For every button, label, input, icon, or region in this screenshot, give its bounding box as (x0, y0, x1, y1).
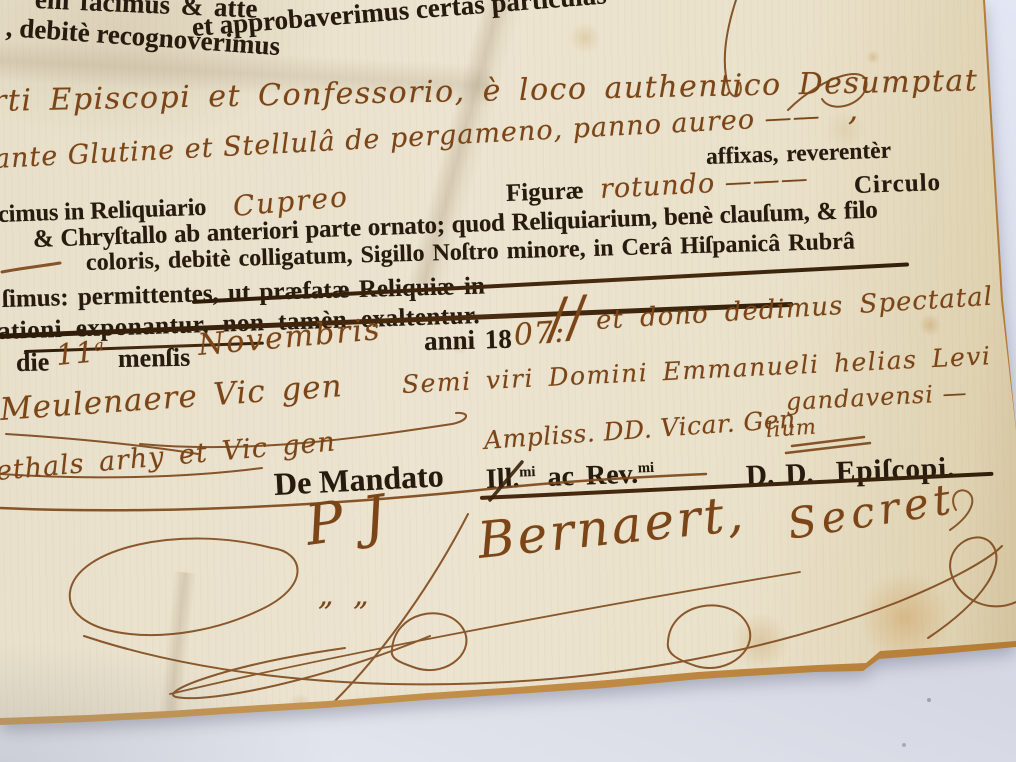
handwritten-comma: , (848, 90, 859, 128)
paper-surface: em facimus & atte , debitè recognoverimu… (0, 0, 1016, 762)
printed-circulo: Circulo (854, 169, 942, 200)
photo-backdrop: em facimus & atte , debitè recognoverimu… (0, 0, 1016, 762)
printed-figurae: Figuræ (506, 177, 585, 208)
handwritten-lium: lium (765, 414, 817, 441)
printed-anni: anni 18 (424, 324, 513, 357)
handwritten-day: 11a (55, 334, 107, 372)
handwritten-insertion-mark: // (545, 284, 590, 351)
printed-mensis: menſis (118, 343, 191, 374)
signature-quote-marks: „ „ (318, 578, 370, 613)
printed-dd: D. D. (745, 458, 814, 493)
document-paper: em facimus & atte , debitè recognoverimu… (0, 0, 1016, 762)
signature-initials: P J (301, 483, 390, 559)
printed-die: die (16, 347, 50, 378)
